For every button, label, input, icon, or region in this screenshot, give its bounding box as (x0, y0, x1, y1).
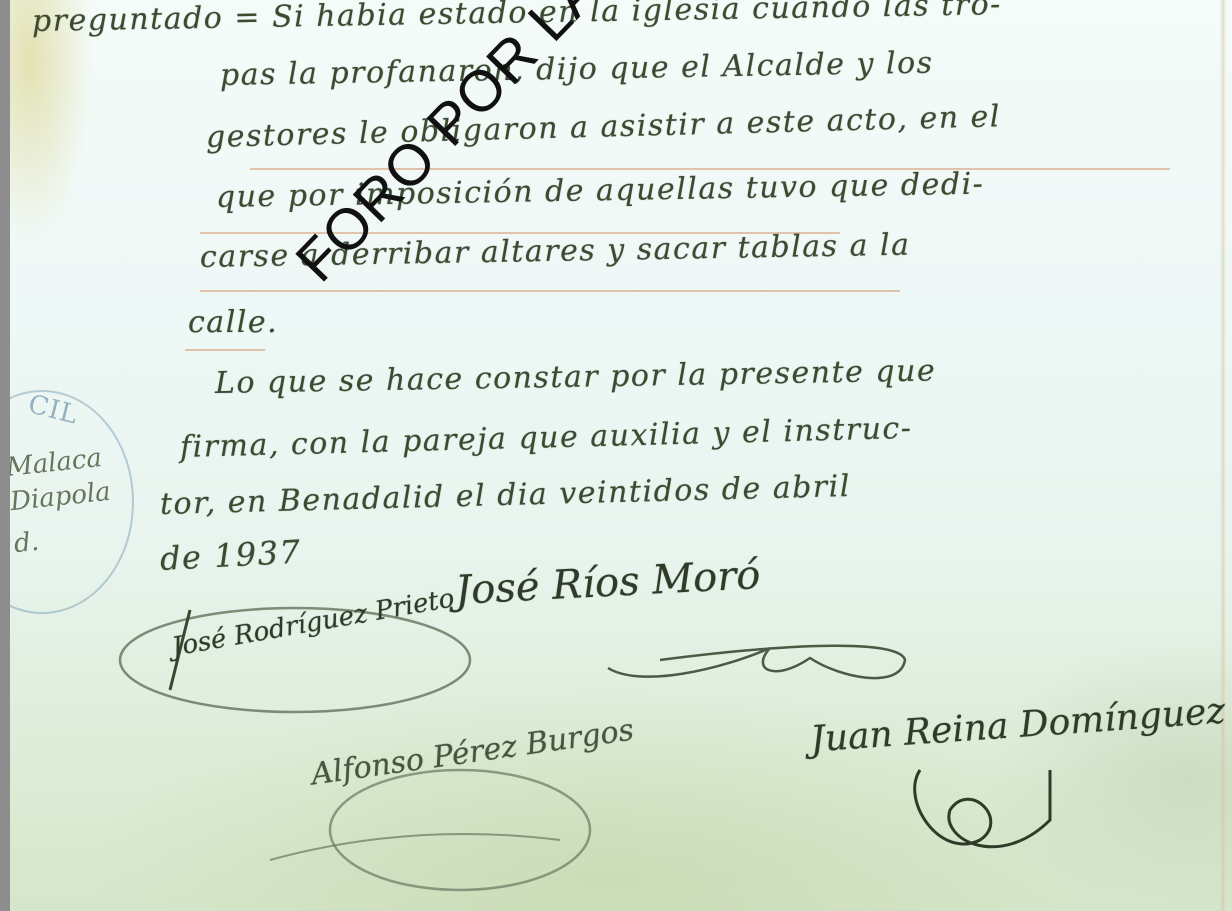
document-line: gestores le obligaron a asistir a este a… (206, 99, 1002, 155)
document-line: tor, en Benadalid el dia veintidos de ab… (160, 469, 852, 522)
document-line: pas la profanaron, dijo que el Alcalde y… (220, 46, 934, 93)
document-line: Lo que se hace constar por la presente q… (215, 353, 937, 401)
signature-jose-rios-moro: José Ríos Moró (454, 552, 762, 614)
signature-rubric (890, 760, 1110, 880)
underline-rule (185, 349, 265, 351)
signature-juan-reina-dominguez: Juan Reina Domínguez (809, 691, 1226, 761)
document-page: CIL Malaca Diapola d. preguntado = Si ha… (10, 0, 1232, 911)
underline-rule (200, 290, 900, 292)
paper-fold-line (1220, 0, 1226, 911)
document-date-line: de 1937 (159, 533, 302, 578)
signature-flourish (600, 630, 920, 700)
document-line: firma, con la pareja que auxilia y el in… (180, 411, 913, 465)
margin-note: d. (13, 527, 41, 559)
document-line: calle. (188, 305, 278, 340)
